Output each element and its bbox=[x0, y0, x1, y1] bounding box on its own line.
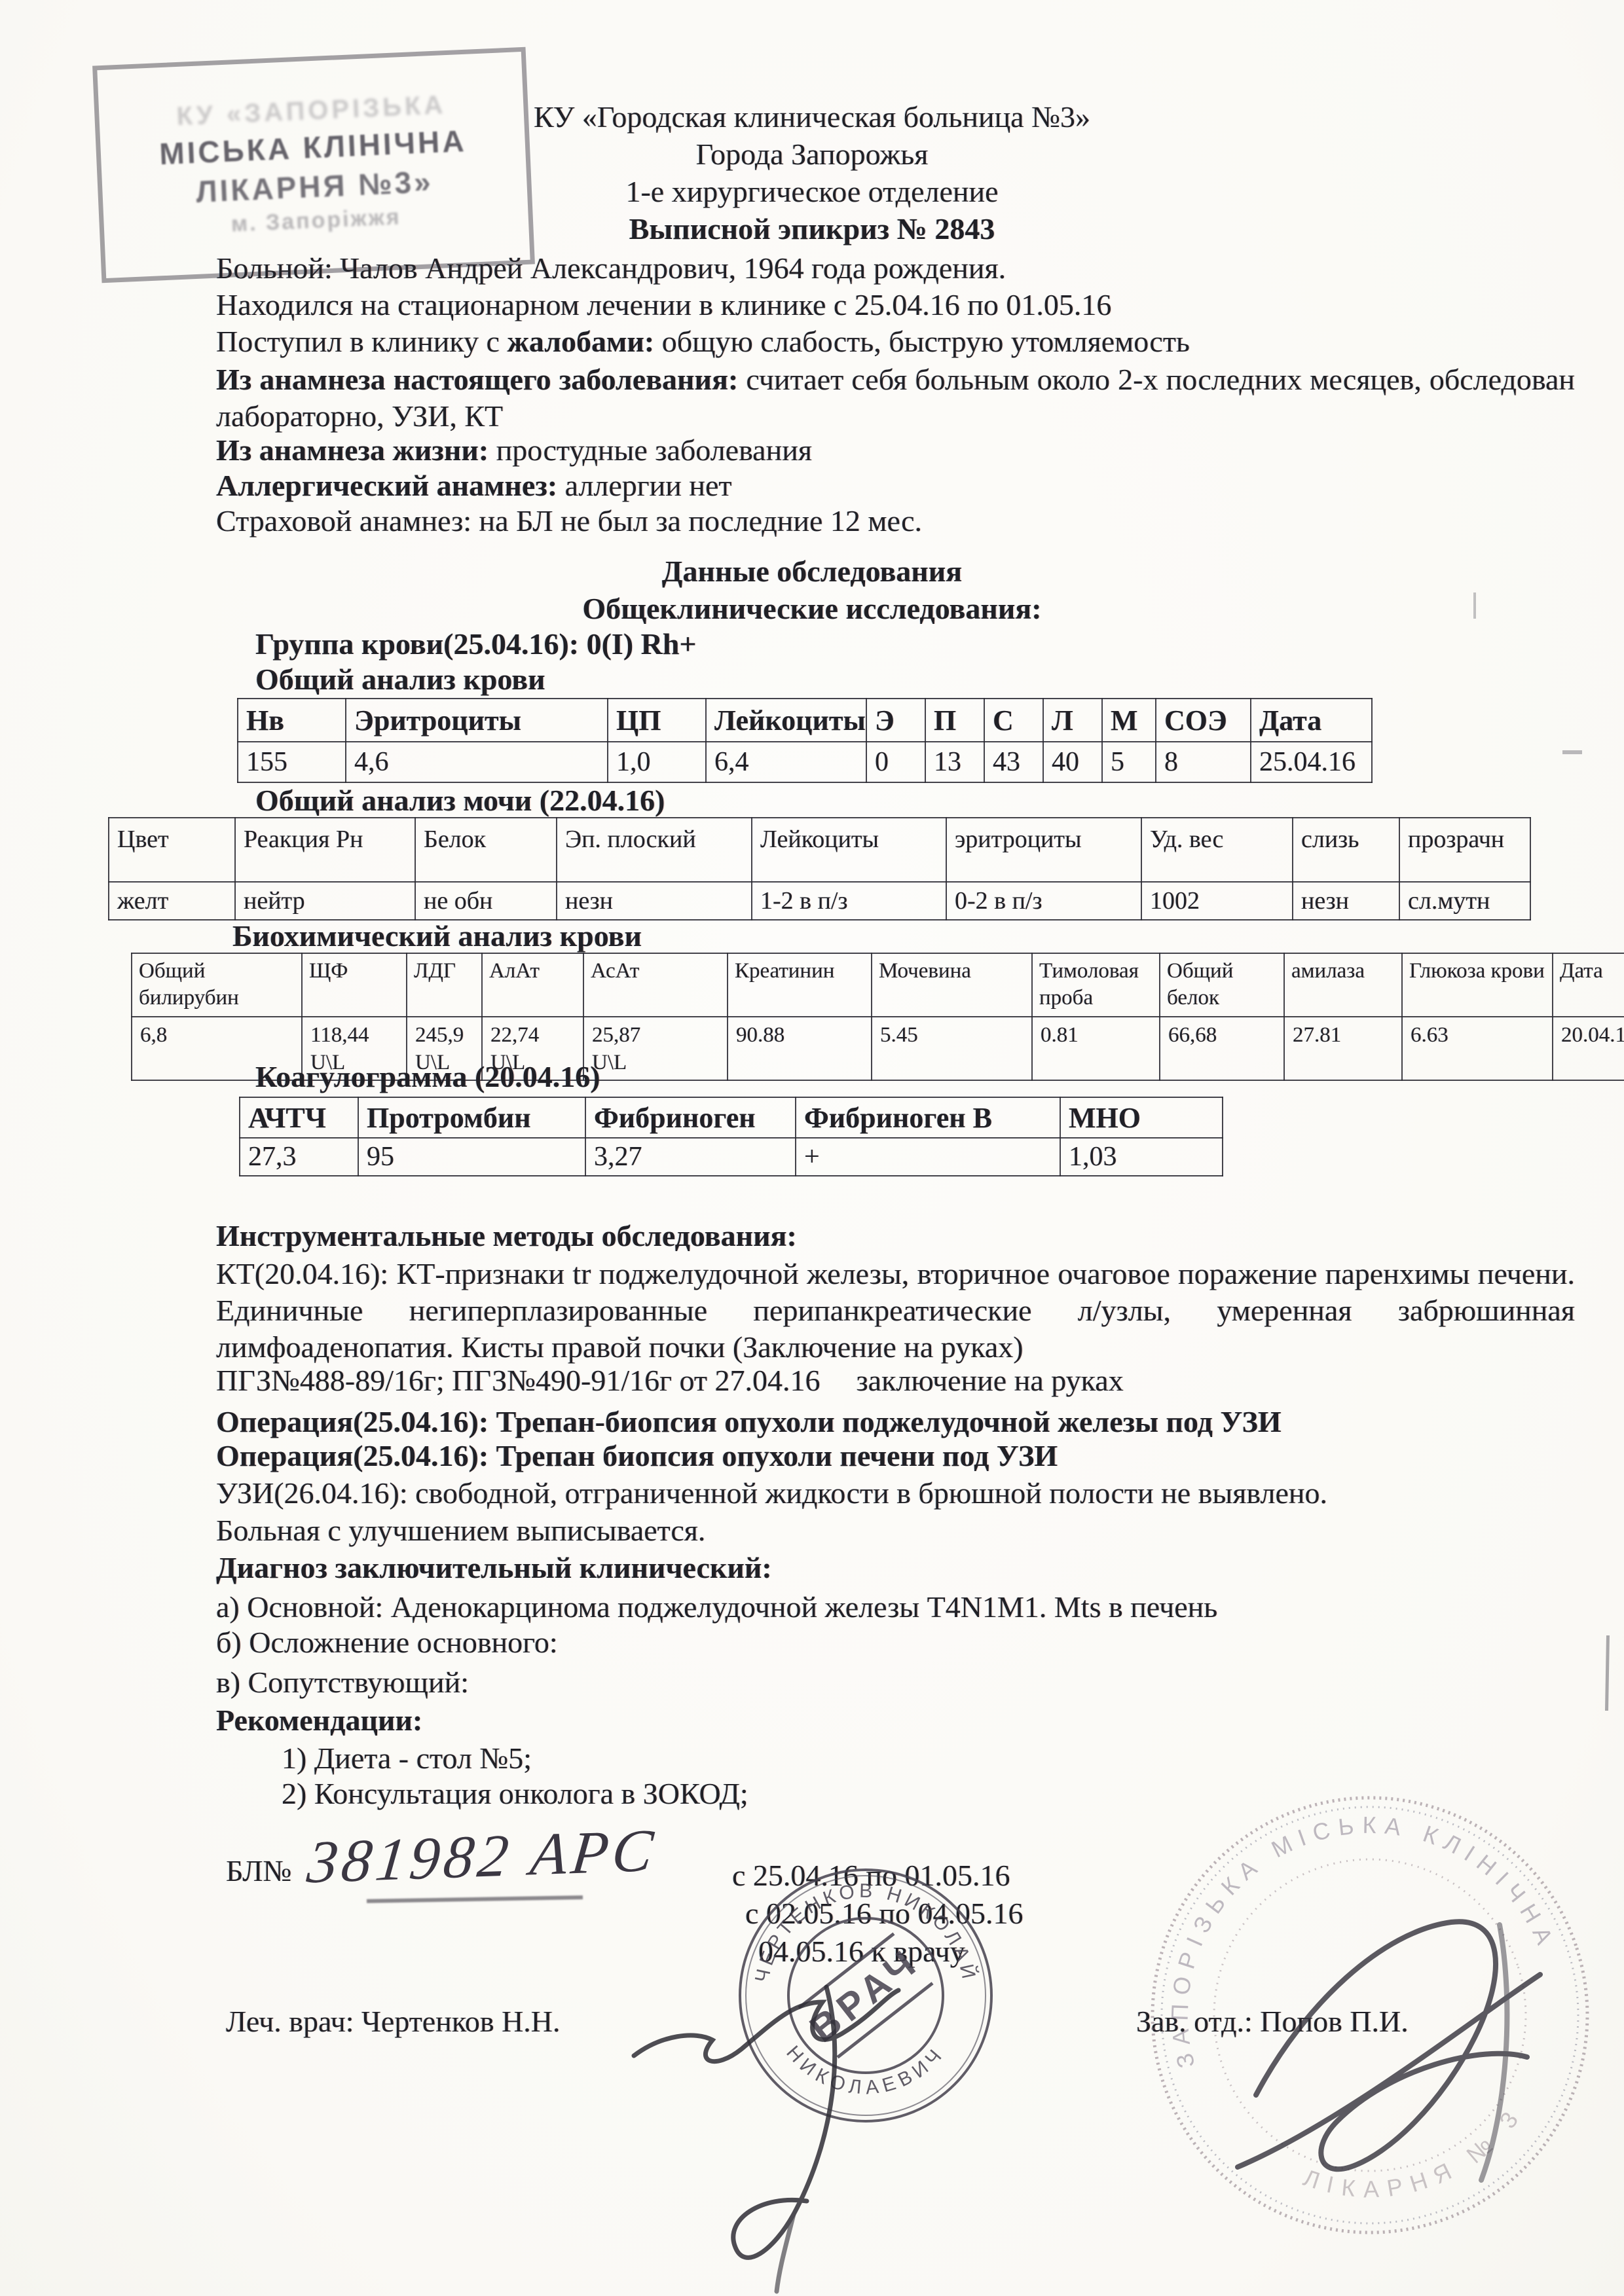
scan-artifact bbox=[1605, 1635, 1610, 1711]
life-label: Из анамнеза жизни: bbox=[216, 433, 489, 467]
ct-paragraph: КТ(20.04.16): КТ-признаки tr поджелудочн… bbox=[216, 1256, 1575, 1366]
bl-label: БЛ№ bbox=[226, 1854, 291, 1889]
operation2-line: Операция(25.04.16): Трепан биопсия опухо… bbox=[216, 1439, 1058, 1474]
doctor-stamp-arc-bottom: НИКОЛАЕВИЧ bbox=[782, 2042, 950, 2099]
column-header: слизь bbox=[1293, 818, 1399, 882]
table-cell: 25.04.16 bbox=[1251, 742, 1372, 782]
table-row: 1554,61,06,401343405825.04.16 bbox=[238, 742, 1372, 782]
column-header: ЦП bbox=[608, 699, 706, 742]
recommendations-title: Рекомендации: bbox=[216, 1704, 422, 1738]
head-of-dept-signature bbox=[1238, 1922, 1540, 2180]
svg-text:ЛІКАРНЯ № 3: ЛІКАРНЯ № 3 bbox=[1293, 2094, 1542, 2231]
handwriting-underline bbox=[367, 1895, 583, 1903]
table-cell: 1002 bbox=[1141, 882, 1293, 920]
exam-data-title: Данные обследования bbox=[0, 555, 1624, 589]
table-cell: незн bbox=[557, 882, 752, 920]
disease-anamnesis: Из анамнеза настоящего заболевания: счит… bbox=[216, 361, 1575, 435]
disease-label: Из анамнеза настоящего заболевания: bbox=[216, 363, 738, 396]
coag-table: АЧТЧПротромбинФибриногенФибриноген ВМНО2… bbox=[239, 1097, 1223, 1176]
svg-text:НИКОЛАЕВИЧ: НИКОЛАЕВИЧ bbox=[782, 2042, 950, 2099]
column-header: С bbox=[984, 699, 1043, 742]
column-header: Э bbox=[866, 699, 925, 742]
column-header: Цвет bbox=[109, 818, 235, 882]
stay-line: Находился на стационарном лечении в клин… bbox=[216, 288, 1111, 323]
instrumental-title: Инструментальные методы обследования: bbox=[216, 1219, 797, 1254]
column-header: П bbox=[925, 699, 984, 742]
column-header: ЩФ bbox=[302, 953, 407, 1017]
column-header: Протромбин bbox=[358, 1097, 585, 1138]
table-cell: 27,3 bbox=[240, 1138, 358, 1176]
table-cell: 13 bbox=[925, 742, 984, 782]
table-cell: сл.мутн bbox=[1399, 882, 1530, 920]
scan-artifact bbox=[1473, 592, 1476, 619]
column-header: амилаза bbox=[1284, 953, 1402, 1017]
urine-title: Общий анализ мочи (22.04.16) bbox=[255, 784, 665, 818]
allergy-text: аллергии нет bbox=[557, 469, 731, 502]
column-header: Лейкоциты bbox=[706, 699, 866, 742]
biochem-title: Биохимический анализ крови bbox=[232, 919, 642, 954]
complaints-label: жалобами: bbox=[507, 325, 654, 358]
table-cell: желт bbox=[109, 882, 235, 920]
table-cell: 0 bbox=[866, 742, 925, 782]
org-name: КУ «Городская клиническая больница №3» bbox=[0, 98, 1624, 136]
column-header: Фибриноген В bbox=[796, 1097, 1060, 1138]
life-text: простудные заболевания bbox=[489, 433, 812, 467]
column-header: Л bbox=[1043, 699, 1102, 742]
sick-leave-period: с 25.04.16 по 01.05.16 bbox=[732, 1859, 1010, 1893]
cbc-title: Общий анализ крови bbox=[255, 663, 545, 697]
column-header: Тимоловая проба bbox=[1032, 953, 1160, 1017]
complaints-text: общую слабость, быструю утомляемость bbox=[654, 325, 1190, 358]
table-cell: 66,68 bbox=[1160, 1017, 1284, 1081]
recommendation-item: 1) Диета - стол №5; bbox=[282, 1741, 532, 1776]
table-header-row: Общий билирубинЩФЛДГАлАтАсАтКреатининМоч… bbox=[132, 953, 1624, 1017]
pgz-note: заключение на руках bbox=[857, 1364, 1124, 1397]
table-cell: 3,27 bbox=[585, 1138, 796, 1176]
column-header: Реакция Рн bbox=[235, 818, 415, 882]
column-header: М bbox=[1102, 699, 1156, 742]
diagnosis-title: Диагноз заключительный клинический: bbox=[216, 1551, 772, 1586]
table-cell: 1,0 bbox=[608, 742, 706, 782]
column-header: Эп. плоский bbox=[557, 818, 752, 882]
table-cell: 20.04.1 bbox=[1553, 1017, 1624, 1081]
table-cell: 0-2 в п/з bbox=[946, 882, 1141, 920]
allergy-label: Аллергический анамнез: bbox=[216, 469, 557, 502]
table-cell: 1,03 bbox=[1060, 1138, 1223, 1176]
department: 1-е хирургическое отделение bbox=[0, 173, 1624, 210]
table-cell: 5.45 bbox=[872, 1017, 1032, 1081]
blood-group-line: Группа крови(25.04.16): 0(I) Rh+ bbox=[255, 627, 697, 662]
table-cell: 5 bbox=[1102, 742, 1156, 782]
column-header: АлАт bbox=[482, 953, 583, 1017]
complaints-line: Поступил в клинику с жалобами: общую сла… bbox=[216, 325, 1190, 359]
attending-doctor-signature bbox=[634, 1987, 898, 2291]
table-cell: 155 bbox=[238, 742, 346, 782]
column-header: Нв bbox=[238, 699, 346, 742]
table-cell: 8 bbox=[1156, 742, 1251, 782]
table-header-row: ЦветРеакция РнБелокЭп. плоскийЛейкоцитыэ… bbox=[109, 818, 1530, 882]
column-header: прозрачн bbox=[1399, 818, 1530, 882]
table-cell: 40 bbox=[1043, 742, 1102, 782]
coag-title: Коагулограмма (20.04.16) bbox=[255, 1060, 600, 1095]
table-cell: 27.81 bbox=[1284, 1017, 1402, 1081]
diagnosis-complication: б) Осложнение основного: bbox=[216, 1626, 558, 1660]
cbc-table: НвЭритроцитыЦПЛейкоцитыЭПСЛМСОЭДата1554,… bbox=[237, 698, 1373, 783]
life-anamnesis: Из анамнеза жизни: простудные заболевани… bbox=[216, 433, 812, 468]
complaints-prefix: Поступил в клинику с bbox=[216, 325, 507, 358]
urine-table: ЦветРеакция РнБелокЭп. плоскийЛейкоцитыэ… bbox=[108, 817, 1531, 920]
table-cell: не обн bbox=[415, 882, 557, 920]
discharge-line: Больная с улучшением выписывается. bbox=[216, 1514, 705, 1548]
column-header: МНО bbox=[1060, 1097, 1223, 1138]
table-cell: 6,4 bbox=[706, 742, 866, 782]
column-header: Глюкоза крови bbox=[1402, 953, 1553, 1017]
column-header: Уд. вес bbox=[1141, 818, 1293, 882]
column-header: АсАт bbox=[583, 953, 728, 1017]
attending-doctor-line: Леч. врач: Чертенков Н.Н. bbox=[226, 2005, 561, 2039]
document-title: Выписной эпикриз № 2843 bbox=[0, 210, 1624, 247]
table-row: желтнейтрне обннезн1-2 в п/з0-2 в п/з100… bbox=[109, 882, 1530, 920]
table-header-row: НвЭритроцитыЦПЛейкоцитыЭПСЛМСОЭДата bbox=[238, 699, 1372, 742]
table-header-row: АЧТЧПротромбинФибриногенФибриноген ВМНО bbox=[240, 1097, 1223, 1138]
column-header: ЛДГ bbox=[407, 953, 482, 1017]
head-of-dept-line: Зав. отд.: Попов П.И. bbox=[1136, 2005, 1409, 2039]
table-cell: 95 bbox=[358, 1138, 585, 1176]
clinical-exams-title: Общеклинические исследования: bbox=[0, 592, 1624, 627]
table-cell: 90.88 bbox=[728, 1017, 872, 1081]
table-cell: 0.81 bbox=[1032, 1017, 1160, 1081]
document-header: КУ «Городская клиническая больница №3» Г… bbox=[0, 98, 1624, 247]
column-header: Креатинин bbox=[728, 953, 872, 1017]
patient-line: Больной: Чалов Андрей Александрович, 196… bbox=[216, 251, 1006, 286]
column-header: СОЭ bbox=[1156, 699, 1251, 742]
sick-leave-period: 04.05.16 к врачу bbox=[758, 1935, 965, 1969]
column-header: Дата bbox=[1251, 699, 1372, 742]
sick-leave-period: с 02.05.16 по 04.05.16 bbox=[745, 1897, 1024, 1931]
column-header: эритроциты bbox=[946, 818, 1141, 882]
diagnosis-main: а) Основной: Аденокарцинома поджелудочно… bbox=[216, 1590, 1217, 1625]
table-cell: 1-2 в п/з bbox=[752, 882, 946, 920]
column-header: Лейкоциты bbox=[752, 818, 946, 882]
diagnosis-concomitant: в) Сопутствующий: bbox=[216, 1666, 469, 1700]
table-cell: нейтр bbox=[235, 882, 415, 920]
bl-number-handwritten: 381982 АРС bbox=[304, 1815, 661, 1897]
allergy-anamnesis: Аллергический анамнез: аллергии нет bbox=[216, 469, 732, 503]
operation1-line: Операция(25.04.16): Трепан-биопсия опухо… bbox=[216, 1405, 1282, 1440]
pgz-line: ПГЗ№488-89/16г; ПГЗ№490-91/16г от 27.04.… bbox=[216, 1364, 1124, 1398]
hospital-stamp-arc-bottom: ЛІКАРНЯ № 3 bbox=[1293, 2094, 1542, 2231]
org-city: Города Запорожья bbox=[0, 136, 1624, 173]
table-cell: 4,6 bbox=[346, 742, 608, 782]
table-cell: 25,87 U\L bbox=[583, 1017, 728, 1081]
column-header: Белок bbox=[415, 818, 557, 882]
column-header: Общий белок bbox=[1160, 953, 1284, 1017]
ultrasound-line: УЗИ(26.04.16): свободной, отграниченной … bbox=[216, 1476, 1327, 1511]
column-header: Мочевина bbox=[872, 953, 1032, 1017]
scan-artifact bbox=[1562, 750, 1582, 754]
scanned-discharge-document: КУ «ЗАПОРІЗЬКА МІСЬКА КЛІНІЧНА ЛІКАРНЯ №… bbox=[0, 0, 1624, 2296]
column-header: Общий билирубин bbox=[132, 953, 302, 1017]
table-cell: + bbox=[796, 1138, 1060, 1176]
recommendation-item: 2) Консультация онколога в ЗОКОД; bbox=[282, 1777, 748, 1812]
table-cell: 6.63 bbox=[1402, 1017, 1553, 1081]
column-header: Эритроциты bbox=[346, 699, 608, 742]
pgz-numbers: ПГЗ№488-89/16г; ПГЗ№490-91/16г от 27.04.… bbox=[216, 1364, 821, 1397]
column-header: АЧТЧ bbox=[240, 1097, 358, 1138]
table-cell: 43 bbox=[984, 742, 1043, 782]
insurance-line: Страховой анамнез: на БЛ не был за после… bbox=[216, 504, 922, 539]
column-header: Дата bbox=[1553, 953, 1624, 1017]
column-header: Фибриноген bbox=[585, 1097, 796, 1138]
table-row: 27,3953,27+1,03 bbox=[240, 1138, 1223, 1176]
table-cell: незн bbox=[1293, 882, 1399, 920]
